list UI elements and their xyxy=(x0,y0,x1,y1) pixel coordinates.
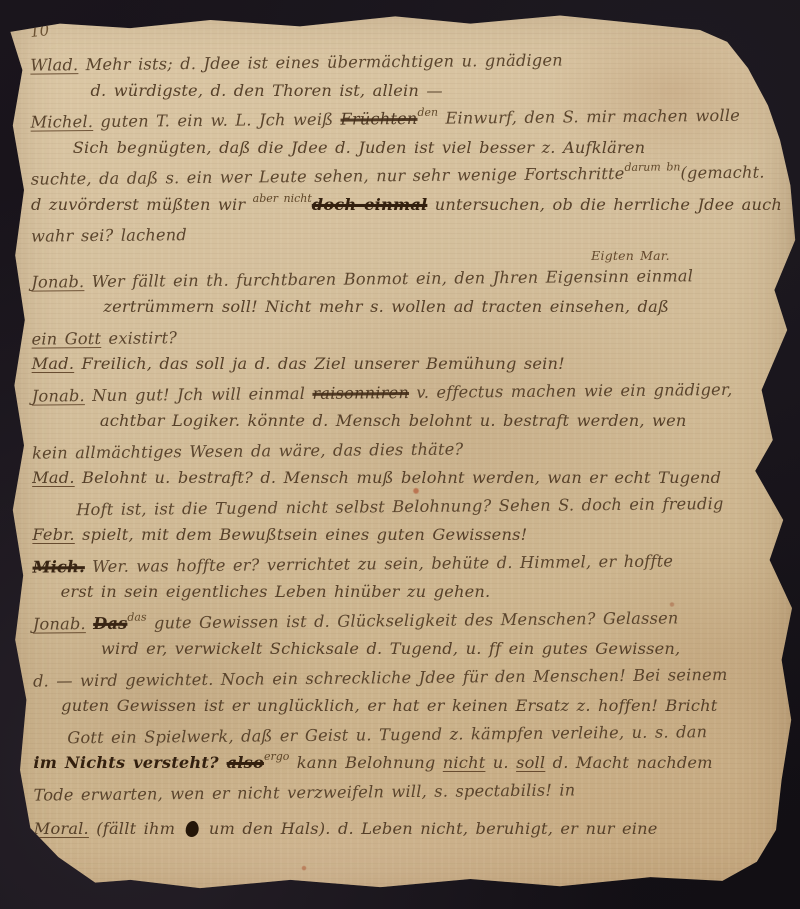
photograph-backdrop: 10 Wlad. Mehr ists; d. Jdee ist eines üb… xyxy=(0,0,800,909)
handwriting-segment: im Nichts versteht? xyxy=(33,753,226,772)
manuscript-line: wahr sei? lachend xyxy=(31,215,785,251)
manuscript-line: Sich begnügten, daß die Jdee d. Juden is… xyxy=(31,134,785,163)
manuscript-line: guten Gewissen ist er unglücklich, er ha… xyxy=(33,692,787,721)
handwriting-segment: doch einmal xyxy=(312,195,428,214)
handwriting-segment: Wer. was hoffte er? verrichtet zu sein, … xyxy=(85,551,673,576)
manuscript-line: Jonab. Nun gut! Jch will einmal raisonni… xyxy=(32,375,786,411)
handwriting-segment: also xyxy=(227,753,264,772)
handwriting-segment: guten T. ein w. L. Jch weiß xyxy=(93,110,341,131)
speaker-name: Mad. xyxy=(32,468,75,487)
handwriting-segment: spielt, mit dem Bewußtsein eines guten G… xyxy=(75,525,528,544)
manuscript-line: suchte, da daß s. ein wer Leute sehen, n… xyxy=(31,158,785,194)
speaker-name: Moral. xyxy=(34,819,89,838)
handwriting-segment: gute Gewissen ist d. Glückseligkeit des … xyxy=(147,608,679,632)
manuscript-line: d zuvörderst müßten wir aber nichtdoch e… xyxy=(31,191,785,220)
handwriting-segment: Wer fällt ein th. furchtbaren Bonmot ein… xyxy=(84,266,693,291)
handwriting-segment: Freilich, das soll ja d. das Ziel unsere… xyxy=(74,354,565,373)
handwriting-segment: Das xyxy=(93,613,127,632)
handwriting-segment: d. — wird gewichtet. Noch ein schrecklic… xyxy=(33,664,728,690)
handwriting-segment: Früchten xyxy=(340,109,417,129)
handwriting-segment: Sich begnügten, daß die Jdee d. Juden is… xyxy=(73,138,646,157)
manuscript-line: d. würdigste, d. den Thoren ist, allein … xyxy=(30,77,784,106)
manuscript-line: zertrümmern soll! Nicht mehr s. wollen a… xyxy=(31,293,785,322)
handwriting-segment: ein Gott xyxy=(31,328,101,348)
handwriting-segment: kann Belohnung xyxy=(289,753,442,772)
manuscript-line: erst in sein eigentliches Leben hinüber … xyxy=(33,578,787,607)
handwriting-segment: Gott ein Spielwerk, daß er Geist u. Tuge… xyxy=(67,722,707,747)
handwriting-segment: um den Hals). d. Leben nicht, beruhigt, … xyxy=(202,819,658,838)
handwriting-segment: untersuchen, ob die herrliche Jdee auch xyxy=(427,195,782,214)
handwriting-segment: (fällt ihm xyxy=(89,819,183,838)
manuscript-line: Mad. Freilich, das soll ja d. das Ziel u… xyxy=(32,350,786,379)
speaker-name: Mad. xyxy=(32,354,75,373)
speaker-name: Febr. xyxy=(32,525,74,544)
manuscript-line: Tode erwarten, wen er nicht verzweifeln … xyxy=(33,774,787,810)
speaker-name: Michel. xyxy=(30,112,93,132)
handwriting-segment: raisonniren xyxy=(312,382,409,402)
handwriting-segment: erst in sein eigentliches Leben hinüber … xyxy=(61,582,491,601)
speaker-name: Jonab. xyxy=(31,272,84,292)
handwriting-segment: ergo xyxy=(264,750,289,763)
handwriting-segment: zertrümmern soll! Nicht mehr s. wollen a… xyxy=(103,297,669,316)
handwriting-segment: Einwurf, den S. mir machen wolle xyxy=(438,106,740,128)
manuscript-lines: Wlad. Mehr ists; d. Jdee ist eines überm… xyxy=(30,46,787,845)
handwriting-segment: Hoft ist, ist die Tugend nicht selbst Be… xyxy=(76,493,723,518)
ink-blot xyxy=(186,821,199,837)
manuscript-line: Gott ein Spielwerk, daß er Geist u. Tuge… xyxy=(33,717,787,753)
handwriting-segment: kein allmächtiges Wesen da wäre, das die… xyxy=(32,439,463,462)
handwriting-segment: Nun gut! Jch will einmal xyxy=(85,383,313,404)
manuscript-line: Jonab. Wer fällt ein th. furchtbaren Bon… xyxy=(31,261,785,297)
speaker-name: Wlad. xyxy=(30,55,78,74)
handwriting-segment: achtbar Logiker. könnte d. Mensch belohn… xyxy=(100,411,687,430)
speaker-name: Jonab. xyxy=(33,614,86,634)
manuscript-line: wird er, verwickelt Schicksale d. Tugend… xyxy=(33,635,787,664)
handwriting-segment: Mehr ists; d. Jdee ist eines übermächtig… xyxy=(78,51,563,75)
handwriting-segment: wahr sei? lachend xyxy=(31,225,187,245)
page-number: 10 xyxy=(29,21,50,41)
manuscript-line: Moral. (fällt ihm um den Hals). d. Leben… xyxy=(34,815,788,844)
manuscript-line: d. — wird gewichtet. Noch ein schrecklic… xyxy=(33,660,787,696)
manuscript-page: 10 Wlad. Mehr ists; d. Jdee ist eines üb… xyxy=(0,0,800,909)
manuscript-line: Hoft ist, ist die Tugend nicht selbst Be… xyxy=(32,489,786,525)
speaker-name: Jonab. xyxy=(32,386,85,406)
manuscript-line: kein allmächtiges Wesen da wäre, das die… xyxy=(32,432,786,468)
handwriting-segment: Tode erwarten, wen er nicht verzweifeln … xyxy=(33,780,575,804)
manuscript-line: Wlad. Mehr ists; d. Jdee ist eines überm… xyxy=(30,44,784,80)
handwriting-segment: Eigten Mar. xyxy=(591,248,670,263)
handwriting-segment: nicht xyxy=(443,753,486,772)
manuscript-line: Mich. Wer. was hoffte er? verrichtet zu … xyxy=(32,546,786,582)
handwriting-segment: d. würdigste, d. den Thoren ist, allein … xyxy=(90,81,442,100)
manuscript-line: Febr. spielt, mit dem Bewußtsein eines g… xyxy=(32,521,786,550)
handwriting-segment: (gemacht. xyxy=(680,163,764,183)
handwriting-segment: soll xyxy=(516,753,545,772)
handwriting-segment: aber nicht xyxy=(253,192,312,205)
manuscript-line: Jonab. Dasdas gute Gewissen ist d. Glück… xyxy=(33,603,787,639)
handwriting-segment: das xyxy=(127,610,146,623)
handwriting-segment: d zuvörderst müßten wir xyxy=(31,195,253,214)
handwriting-segment: den xyxy=(417,106,438,119)
handwriting-segment: v. effectus machen wie ein gnädiger, xyxy=(409,379,733,401)
handwriting-segment: u. xyxy=(485,753,516,772)
handwriting-segment: d. Macht nachdem xyxy=(545,753,712,772)
handwriting-segment: darum bn xyxy=(624,160,680,174)
manuscript-line: achtbar Logiker. könnte d. Mensch belohn… xyxy=(32,407,786,436)
manuscript-line: im Nichts versteht? alsoergo kann Belohn… xyxy=(33,749,787,778)
manuscript-line: ein Gott existirt? xyxy=(31,318,785,354)
manuscript-line: Mad. Belohnt u. bestraft? d. Mensch muß … xyxy=(32,464,786,493)
manuscript-line: Michel. guten T. ein w. L. Jch weiß Früc… xyxy=(30,101,784,137)
handwriting-segment: guten Gewissen ist er unglücklich, er ha… xyxy=(61,696,717,715)
handwriting-segment: existirt? xyxy=(101,328,177,348)
handwriting-segment: Mich. xyxy=(32,557,85,577)
handwriting-segment: wird er, verwickelt Schicksale d. Tugend… xyxy=(101,639,680,658)
handwriting-segment: suchte, da daß s. ein wer Leute sehen, n… xyxy=(31,164,625,189)
handwriting-segment: Belohnt u. bestraft? d. Mensch muß beloh… xyxy=(75,468,722,487)
